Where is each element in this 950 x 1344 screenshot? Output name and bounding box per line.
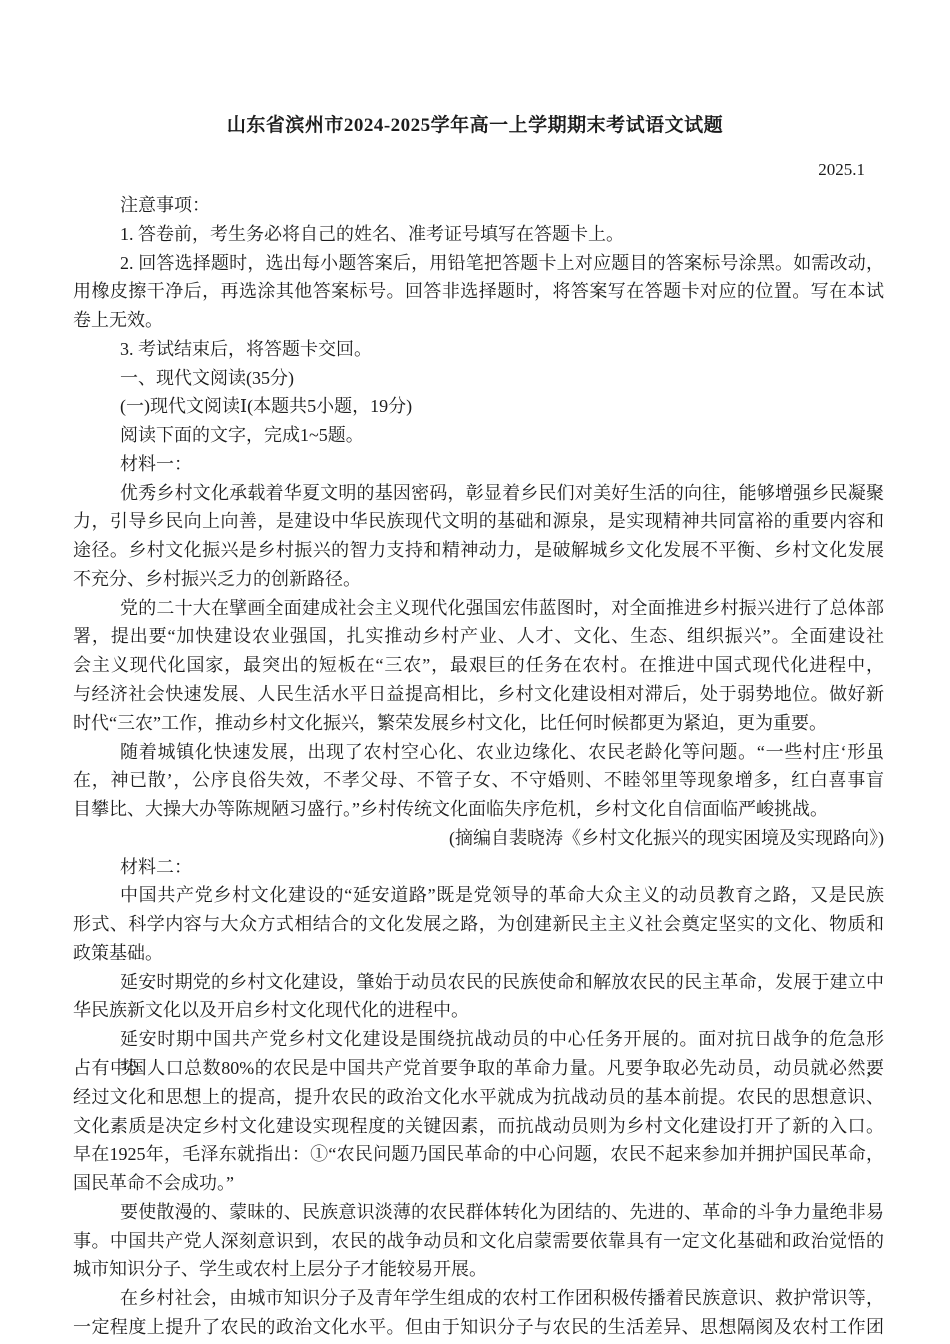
text-line: 华民族新文化以及开启乡村文化现代化的进程中。 bbox=[73, 996, 884, 1025]
text-line: 国民革命不会成功。” bbox=[73, 1169, 884, 1198]
text-line: 在乡村社会，由城市知识分子及青年学生组成的农村工作团积极传播着民族意识、救护常识… bbox=[73, 1284, 884, 1313]
exam-paper-page: 山东省滨州市2024-2025学年高一上学期期末考试语文试题 2025.1 注意… bbox=[0, 0, 950, 1344]
text-line: 事。中国共产党人深刻意识到，农民的战争动员和文化启蒙需要依靠具有一定文化基础和政… bbox=[73, 1227, 884, 1256]
text-line: 经过文化和思想上的提高，提升农民的政治文化水平就成为抗战动员的基本前提。农民的思… bbox=[73, 1083, 884, 1112]
text-line: 3. 考试结束后，将答题卡交回。 bbox=[73, 335, 884, 364]
text-line: 用橡皮擦干净后，再选涂其他答案标号。回答非选择题时，将答案写在答题卡对应的位置。… bbox=[73, 277, 884, 306]
text-line: 中国共产党乡村文化建设的“延安道路”既是党领导的革命大众主义的动员教育之路，又是… bbox=[73, 881, 884, 910]
exam-date: 2025.1 bbox=[818, 160, 865, 180]
text-line: 一定程度上提升了农民的政治文化水平。但由于知识分子与农民的生活差异、思想隔阂及农… bbox=[73, 1313, 884, 1342]
text-line: 目攀比、大操大办等陈规陋习盛行。”乡村传统文化面临失序危机，乡村文化自信面临严峻… bbox=[73, 795, 884, 824]
text-line: 政策基础。 bbox=[73, 939, 884, 968]
text-line: 早在1925年，毛泽东就指出：①“农民问题乃国民革命的中心问题，农民不起来参加并… bbox=[73, 1140, 884, 1169]
text-line: (摘编自裴晓涛《乡村文化振兴的现实困境及实现路向》) bbox=[73, 824, 884, 853]
text-line: 一、现代文阅读(35分) bbox=[73, 364, 884, 393]
text-line: 途径。乡村文化振兴是乡村振兴的智力支持和精神动力，是破解城乡文化发展不平衡、乡村… bbox=[73, 536, 884, 565]
text-line: 党的二十大在擘画全面建成社会主义现代化强国宏伟蓝图时，对全面推进乡村振兴进行了总… bbox=[73, 594, 884, 623]
text-line: 在，神已散’，公序良俗失效，不孝父母、不管子女、不守婚则、不睦邻里等现象增多，红… bbox=[73, 766, 884, 795]
text-line: 城市知识分子、学生或农村上层分子才能较易开展。 bbox=[73, 1255, 884, 1284]
text-line: 材料一： bbox=[73, 450, 884, 479]
text-line: 卷上无效。 bbox=[73, 306, 884, 335]
document-body: 注意事项：1. 答卷前，考生务必将自己的姓名、准考证号填写在答题卡上。2. 回答… bbox=[73, 191, 884, 1342]
text-line: 署，提出要“加快建设农业强国，扎实推动乡村产业、人才、文化、生态、组织振兴”。全… bbox=[73, 622, 884, 651]
text-line: 延安时期党的乡村文化建设，肇始于动员农民的民族使命和解放农民的民主革命，发展于建… bbox=[73, 968, 884, 997]
text-line: 与经济社会快速发展、人民生活水平日益提高相比，乡村文化建设相对滞后，处于弱势地位… bbox=[73, 680, 884, 709]
text-line: 阅读下面的文字，完成1~5题。 bbox=[73, 421, 884, 450]
text-line: 占有中国人口总数80%的农民是中国共产党首要争取的革命力量。凡要争取必先动员，动… bbox=[73, 1054, 884, 1083]
text-line: 时代“三农”工作，推动乡村文化振兴，繁荣发展乡村文化，比任何时候都更为紧迫，更为… bbox=[73, 709, 884, 738]
text-line: 文化素质是决定乡村文化建设实现程度的关键因素，而抗战动员则为乡村文化建设打开了新… bbox=[73, 1112, 884, 1141]
text-line: 要使散漫的、蒙昧的、民族意识淡薄的农民群体转化为团结的、先进的、革命的斗争力量绝… bbox=[73, 1198, 884, 1227]
text-line: 会主义现代化国家，最突出的短板在“三农”，最艰巨的任务在农村。在推进中国式现代化… bbox=[73, 651, 884, 680]
text-line: 1. 答卷前，考生务必将自己的姓名、准考证号填写在答题卡上。 bbox=[73, 220, 884, 249]
text-line: 注意事项： bbox=[73, 191, 884, 220]
text-line: 2. 回答选择题时，选出每小题答案后，用铅笔把答题卡上对应题目的答案标号涂黑。如… bbox=[73, 249, 884, 278]
text-line: 优秀乡村文化承载着华夏文明的基因密码，彰显着乡民们对美好生活的向往，能够增强乡民… bbox=[73, 479, 884, 508]
text-line: 延安时期中国共产党乡村文化建设是围绕抗战动员的中心任务开展的。面对抗日战争的危急… bbox=[73, 1025, 884, 1054]
text-line: 材料二： bbox=[73, 853, 884, 882]
text-line: (一)现代文阅读Ⅰ(本题共5小题，19分) bbox=[73, 392, 884, 421]
text-line: 力，引导乡民向上向善，是建设中华民族现代文明的基础和源泉，是实现精神共同富裕的重… bbox=[73, 507, 884, 536]
page-title: 山东省滨州市2024-2025学年高一上学期期末考试语文试题 bbox=[0, 114, 950, 138]
text-line: 不充分、乡村振兴乏力的创新路径。 bbox=[73, 565, 884, 594]
text-line: 形式、科学内容与大众方式相结合的文化发展之路，为创建新民主主义社会奠定坚实的文化… bbox=[73, 910, 884, 939]
text-line: 随着城镇化快速发展，出现了农村空心化、农业边缘化、农民老龄化等问题。“一些村庄‘… bbox=[73, 738, 884, 767]
